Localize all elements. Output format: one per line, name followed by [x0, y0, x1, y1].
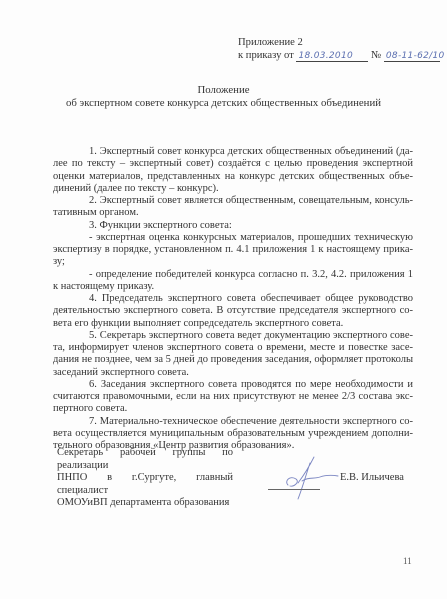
- signer-position-line-3: ОМОУиВП департамента образования: [57, 497, 233, 510]
- number-sign: №: [371, 50, 381, 61]
- signature-line: [268, 489, 320, 490]
- paragraph-5: 5. Секретарь экспертного совета ведет до…: [53, 330, 413, 379]
- appendix-label: Приложение 2: [238, 37, 440, 50]
- paragraph-3-item-1: - экспертная оценка конкурсных материало…: [53, 232, 413, 269]
- document-page: Приложение 2 к приказу от 18.03.2010 № 0…: [0, 0, 447, 599]
- title-line-2: об экспертном совете конкурса детских об…: [0, 97, 447, 110]
- paragraph-1: 1. Экспертный совет конкурса детских общ…: [53, 146, 413, 195]
- signer-position-line-2: ПНПО в г.Сургуте, главный специалист: [57, 472, 233, 497]
- paragraph-4: 4. Председатель экспертного совета обесп…: [53, 293, 413, 330]
- paragraph-3: 3. Функции экспертного совета:: [53, 220, 413, 232]
- order-number-handwritten: 08-11-62/10: [384, 51, 440, 62]
- signer-name: Е.В. Ильичева: [340, 472, 404, 483]
- page-number: 11: [403, 556, 412, 566]
- signer-position: Секретарь рабочей группы по реализации П…: [57, 447, 233, 510]
- title-line-1: Положение: [0, 84, 447, 97]
- order-date-handwritten: 18.03.2010: [296, 51, 368, 62]
- document-title: Положение об экспертном совете конкурса …: [0, 84, 447, 110]
- document-body: 1. Экспертный совет конкурса детских общ…: [53, 146, 413, 452]
- paragraph-2: 2. Экспертный совет является общественны…: [53, 195, 413, 220]
- paragraph-3-item-2: - определение победителей конкурса согла…: [53, 269, 413, 294]
- order-prefix: к приказу от: [238, 50, 294, 61]
- appendix-header: Приложение 2 к приказу от 18.03.2010 № 0…: [238, 37, 440, 62]
- signer-position-line-1: Секретарь рабочей группы по реализации: [57, 447, 233, 472]
- order-reference: к приказу от 18.03.2010 № 08-11-62/10: [238, 50, 440, 63]
- paragraph-6: 6. Заседания экспертного совета проводят…: [53, 379, 413, 416]
- handwritten-signature-icon: [280, 455, 340, 501]
